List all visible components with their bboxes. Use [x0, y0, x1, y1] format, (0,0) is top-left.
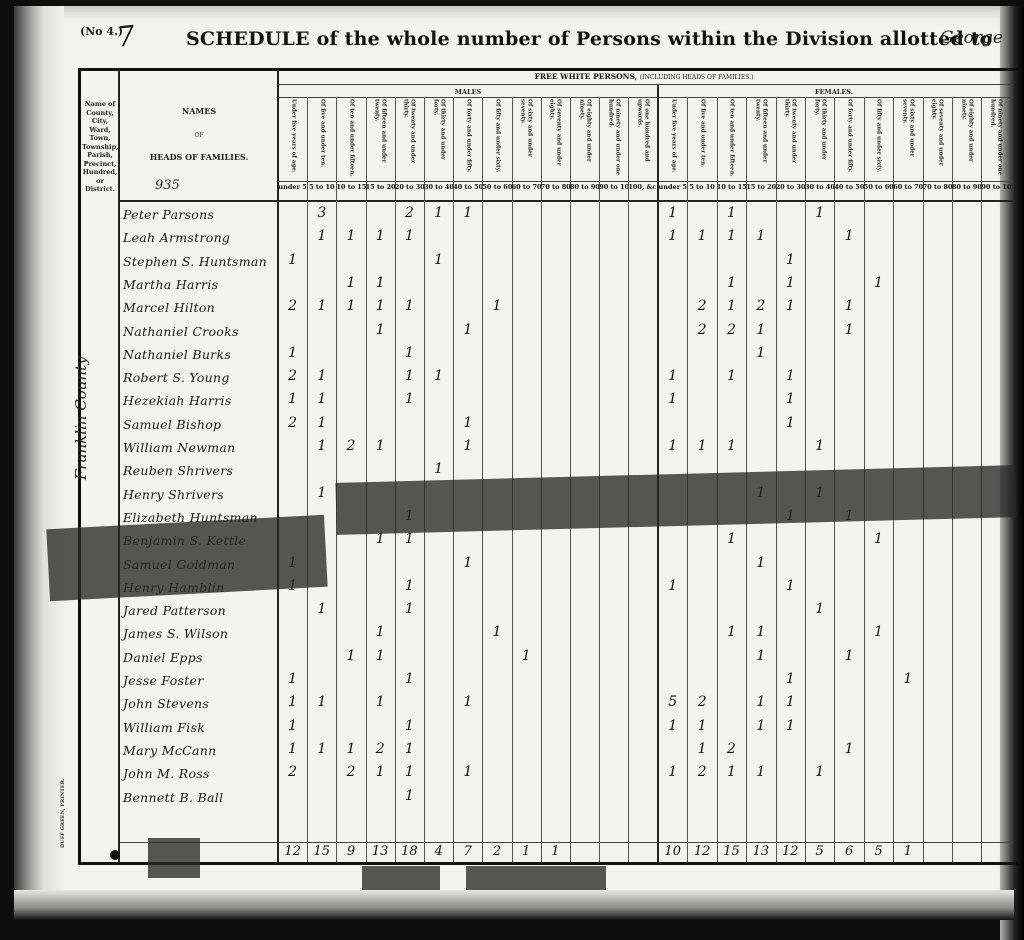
male-age-column-header: Of fifty and under sixty.	[482, 97, 511, 179]
male-count-cell: 1	[512, 648, 541, 664]
female-total: 12	[687, 844, 716, 859]
male-total: 1	[541, 844, 570, 859]
top-rule	[78, 68, 1018, 71]
age-column-description: Of twenty and under thirty.	[403, 99, 416, 177]
male-count-cell: 1	[366, 322, 395, 338]
male-count-cell: 1	[366, 228, 395, 244]
female-total: 1	[893, 844, 922, 859]
males-header: MALES	[278, 88, 658, 96]
head-of-family-name: William Fisk	[123, 720, 205, 735]
age-column-description: Of thirty and under forty.	[813, 99, 826, 177]
male-count-cell: 2	[278, 368, 307, 384]
female-count-cell: 1	[834, 228, 863, 244]
male-count-cell: 1	[424, 461, 453, 477]
male-count-cell: 1	[366, 298, 395, 314]
female-count-cell: 1	[776, 298, 805, 314]
age-column-description: Of sixty and under seventy.	[901, 99, 914, 177]
female-count-cell: 1	[717, 298, 746, 314]
female-age-column-header: Of ten and under fifteen.	[717, 97, 746, 179]
female-count-cell: 2	[687, 694, 716, 710]
female-count-cell: 5	[658, 694, 687, 710]
age-column-description: Of seventy and under eighty.	[549, 99, 562, 177]
male-count-cell: 1	[336, 741, 365, 757]
female-count-cell: 1	[717, 205, 746, 221]
male-count-cell: 1	[336, 648, 365, 664]
female-count-cell: 2	[746, 298, 775, 314]
smudge-bottom-2	[362, 866, 440, 890]
female-count-cell: 1	[658, 764, 687, 780]
male-count-cell: 1	[307, 228, 336, 244]
male-count-cell: 1	[395, 298, 424, 314]
female-count-cell: 1	[717, 368, 746, 384]
column-divider	[657, 84, 659, 862]
head-of-family-name: Leah Armstrong	[123, 230, 230, 245]
male-count-cell: 1	[307, 601, 336, 617]
age-column-description: Of forty and under fifty.	[465, 99, 472, 177]
male-age-column-header: Under five years of age.	[278, 97, 307, 179]
female-count-cell: 2	[687, 298, 716, 314]
female-age-range: 40 to 50	[834, 183, 863, 197]
female-count-cell: 1	[776, 694, 805, 710]
female-count-cell: 1	[776, 718, 805, 734]
head-of-family-name: Marcel Hilton	[123, 300, 215, 315]
head-of-family-name: Nathaniel Crooks	[123, 324, 239, 339]
male-count-cell: 1	[453, 694, 482, 710]
female-count-cell: 1	[687, 741, 716, 757]
male-count-cell: 1	[453, 205, 482, 221]
head-of-family-name: William Newman	[123, 440, 236, 455]
female-age-range: 30 to 40	[805, 183, 834, 197]
female-total: 5	[864, 844, 893, 859]
male-count-cell: 1	[366, 275, 395, 291]
male-count-cell: 1	[307, 694, 336, 710]
male-age-column-header: Of ten and under fifteen.	[336, 97, 365, 179]
female-count-cell: 1	[746, 345, 775, 361]
head-of-family-name: John M. Ross	[123, 766, 210, 781]
female-count-cell: 2	[687, 764, 716, 780]
female-count-cell: 1	[687, 438, 716, 454]
female-count-cell: 1	[864, 531, 893, 547]
female-count-cell: 1	[776, 368, 805, 384]
female-count-cell: 1	[776, 252, 805, 268]
female-count-cell: 1	[658, 718, 687, 734]
table-bottom-border	[78, 862, 1018, 865]
male-count-cell: 1	[453, 322, 482, 338]
female-age-column-header: Of twenty and under thirty.	[776, 97, 805, 179]
female-count-cell: 1	[658, 578, 687, 594]
age-column-description: Of ninety and under one hundred.	[607, 99, 620, 177]
age-column-description: Of twenty and under thirty.	[784, 99, 797, 177]
male-total: 18	[395, 844, 424, 859]
male-count-cell: 1	[278, 391, 307, 407]
age-column-description: Of seventy and under eighty.	[931, 99, 944, 177]
male-count-cell: 1	[307, 391, 336, 407]
male-count-cell: 1	[424, 368, 453, 384]
header-bottom-rule	[120, 200, 1013, 202]
head-of-family-name: James S. Wilson	[123, 626, 228, 641]
male-count-cell: 1	[307, 415, 336, 431]
female-count-cell: 1	[776, 578, 805, 594]
female-count-cell: 1	[717, 275, 746, 291]
female-total: 13	[746, 844, 775, 859]
male-count-cell: 1	[453, 438, 482, 454]
male-count-cell: 2	[278, 764, 307, 780]
male-count-cell: 3	[307, 205, 336, 221]
heads-of-families-header: HEADS OF FAMILIES.	[120, 152, 278, 162]
female-age-range: 60 to 70	[893, 183, 922, 197]
female-count-cell: 1	[658, 391, 687, 407]
male-count-cell: 1	[307, 485, 336, 501]
female-count-cell: 1	[834, 322, 863, 338]
age-column-description: Of ten and under fifteen.	[348, 99, 355, 177]
female-count-cell: 1	[805, 205, 834, 221]
female-age-column-header: Of forty and under fifty.	[834, 97, 863, 179]
female-age-column-header: Of fifteen and under twenty.	[746, 97, 775, 179]
male-age-column-header: Of sixty and under seventy.	[512, 97, 541, 179]
male-count-cell: 1	[278, 741, 307, 757]
male-age-column-header: Of ninety and under one hundred.	[599, 97, 628, 179]
male-age-range: 90 to 100	[599, 183, 628, 197]
male-count-cell: 1	[366, 648, 395, 664]
head-of-family-name: Martha Harris	[123, 277, 218, 292]
smudge-patch	[46, 515, 327, 601]
male-age-range: 5 to 10	[307, 183, 336, 197]
head-of-family-name: Daniel Epps	[123, 650, 203, 665]
male-count-cell: 1	[307, 741, 336, 757]
male-age-column-header: Of fifteen and under twenty.	[366, 97, 395, 179]
age-column-description: Of ten and under fifteen.	[728, 99, 735, 177]
head-of-family-name: Jared Patterson	[123, 603, 226, 618]
male-total: 7	[453, 844, 482, 859]
head-of-family-name: Bennett B. Ball	[123, 790, 223, 805]
female-count-cell: 1	[776, 671, 805, 687]
county-margin-label: Franklin County	[72, 356, 90, 480]
age-column-description: Of eighty and under ninety.	[578, 99, 591, 177]
head-of-family-name: Jesse Foster	[123, 673, 204, 688]
male-count-cell: 1	[424, 252, 453, 268]
male-count-cell: 1	[395, 741, 424, 757]
head-of-family-name: Reuben Shrivers	[123, 463, 233, 478]
page-mark: 7	[115, 19, 136, 54]
female-count-cell: 1	[746, 555, 775, 571]
male-age-range: 60 to 70	[512, 183, 541, 197]
male-count-cell: 1	[366, 694, 395, 710]
male-count-cell: 1	[366, 624, 395, 640]
female-total: 15	[717, 844, 746, 859]
free-white-persons-sub: (INCLUDING HEADS OF FAMILIES.)	[640, 74, 754, 81]
age-column-description: Under five years of age.	[669, 99, 676, 177]
female-count-cell: 1	[746, 648, 775, 664]
names-or: OF	[120, 132, 278, 139]
header-rule	[278, 181, 1013, 182]
printer-mark: DUFF GREEN, PRINTER.	[60, 778, 66, 848]
female-count-cell: 1	[893, 671, 922, 687]
female-total: 6	[834, 844, 863, 859]
age-column-description: Of five and under ten.	[699, 99, 706, 177]
female-total: 10	[658, 844, 687, 859]
female-age-range: 80 to 90	[952, 183, 981, 197]
female-age-column-header: Under five years of age.	[658, 97, 687, 179]
male-age-range: 40 to 50	[453, 183, 482, 197]
females-header: FEMALES.	[658, 88, 1010, 96]
male-count-cell: 1	[395, 578, 424, 594]
female-count-cell: 1	[776, 415, 805, 431]
female-count-cell: 1	[746, 764, 775, 780]
free-white-persons-label: FREE WHITE PERSONS,	[535, 72, 638, 81]
male-age-column-header: Of forty and under fifty.	[453, 97, 482, 179]
male-total: 9	[336, 844, 365, 859]
age-column-description: Of fifty and under sixty.	[494, 99, 501, 177]
female-total: 12	[776, 844, 805, 859]
head-of-family-name: Hezekiah Harris	[123, 393, 232, 408]
female-age-range: 50 to 60	[864, 183, 893, 197]
header-rule	[278, 84, 1013, 85]
age-column-description: Of fifteen and under twenty.	[754, 99, 767, 177]
male-count-cell: 2	[395, 205, 424, 221]
male-count-cell: 1	[395, 531, 424, 547]
male-count-cell: 1	[278, 671, 307, 687]
male-age-range: under 5	[278, 183, 307, 197]
age-column-description: Of sixty and under seventy.	[520, 99, 533, 177]
female-count-cell: 1	[746, 624, 775, 640]
female-count-cell: 1	[746, 694, 775, 710]
male-count-cell: 1	[278, 252, 307, 268]
male-count-cell: 1	[336, 298, 365, 314]
female-age-range: 20 to 30	[776, 183, 805, 197]
head-of-family-name: John Stevens	[123, 696, 209, 711]
male-count-cell: 1	[482, 624, 511, 640]
male-count-cell: 1	[395, 671, 424, 687]
totals-rule	[120, 842, 1013, 843]
head-of-family-name: Nathaniel Burks	[123, 347, 231, 362]
female-count-cell: 1	[658, 205, 687, 221]
female-age-range: 15 to 20	[746, 183, 775, 197]
female-count-cell: 2	[717, 741, 746, 757]
male-total: 4	[424, 844, 453, 859]
male-age-range: 10 to 15	[336, 183, 365, 197]
female-count-cell: 2	[687, 322, 716, 338]
age-column-description: Of thirty and under forty.	[432, 99, 445, 177]
male-count-cell: 2	[278, 415, 307, 431]
female-count-cell: 1	[717, 531, 746, 547]
female-count-cell: 1	[834, 648, 863, 664]
male-total: 2	[482, 844, 511, 859]
schedule-title: SCHEDULE of the whole number of Persons …	[186, 28, 993, 50]
female-count-cell: 1	[805, 438, 834, 454]
female-age-column-header: Of seventy and under eighty.	[923, 97, 952, 179]
male-age-column-header: Of twenty and under thirty.	[395, 97, 424, 179]
female-age-range: under 5	[658, 183, 687, 197]
female-count-cell: 1	[834, 298, 863, 314]
age-column-description: Of five and under ten.	[319, 99, 326, 177]
male-count-cell: 1	[307, 438, 336, 454]
page-binding-edge	[14, 6, 64, 906]
female-count-cell: 1	[805, 764, 834, 780]
male-age-range: 20 to 30	[395, 183, 424, 197]
male-count-cell: 2	[336, 764, 365, 780]
male-count-cell: 1	[453, 415, 482, 431]
female-age-column-header: Of sixty and under seventy.	[893, 97, 922, 179]
female-age-column-header: Of ninety and under one hundred.	[981, 97, 1010, 179]
ink-dot	[110, 850, 120, 860]
male-count-cell: 1	[395, 764, 424, 780]
male-count-cell: 1	[278, 345, 307, 361]
age-column-description: Of forty and under fifty.	[846, 99, 853, 177]
head-of-family-name: Robert S. Young	[123, 370, 230, 385]
female-age-range: 90 to 100	[981, 183, 1010, 197]
male-count-cell: 1	[395, 391, 424, 407]
female-count-cell: 1	[687, 718, 716, 734]
female-count-cell: 1	[717, 228, 746, 244]
head-of-family-name: Peter Parsons	[123, 207, 214, 222]
female-count-cell: 1	[717, 764, 746, 780]
male-count-cell: 2	[366, 741, 395, 757]
female-age-range: 70 to 80	[923, 183, 952, 197]
female-count-cell: 1	[746, 718, 775, 734]
male-count-cell: 1	[453, 555, 482, 571]
male-age-range: 100, &c.	[628, 183, 657, 197]
female-count-cell: 1	[776, 275, 805, 291]
female-count-cell: 2	[717, 322, 746, 338]
male-count-cell: 1	[453, 764, 482, 780]
female-count-cell: 1	[864, 624, 893, 640]
head-of-family-name: Stephen S. Huntsman	[123, 254, 267, 269]
female-count-cell: 1	[746, 322, 775, 338]
male-count-cell: 1	[482, 298, 511, 314]
male-age-range: 70 to 80	[541, 183, 570, 197]
head-of-family-name: Mary McCann	[123, 743, 216, 758]
female-age-column-header: Of thirty and under forty.	[805, 97, 834, 179]
female-age-column-header: Of five and under ten.	[687, 97, 716, 179]
male-count-cell: 2	[278, 298, 307, 314]
male-count-cell: 1	[307, 368, 336, 384]
male-count-cell: 1	[395, 788, 424, 804]
female-age-column-header: Of fifty and under sixty.	[864, 97, 893, 179]
age-column-description: Under five years of age.	[289, 99, 296, 177]
female-count-cell: 1	[687, 228, 716, 244]
age-column-description: Of ninety and under one hundred.	[990, 99, 1003, 177]
female-count-cell: 1	[746, 228, 775, 244]
male-age-range: 30 to 40	[424, 183, 453, 197]
male-total: 12	[278, 844, 307, 859]
names-header: NAMES	[120, 106, 278, 116]
female-count-cell: 1	[658, 368, 687, 384]
male-count-cell: 1	[395, 718, 424, 734]
age-column-description: Of fifty and under sixty.	[875, 99, 882, 177]
male-count-cell: 1	[395, 228, 424, 244]
division-name: George	[940, 28, 1003, 48]
male-age-range: 15 to 20	[366, 183, 395, 197]
female-age-range: 10 to 15	[717, 183, 746, 197]
male-age-column-header: Of eighty and under ninety.	[570, 97, 599, 179]
male-age-column-header: Of seventy and under eighty.	[541, 97, 570, 179]
female-count-cell: 1	[805, 601, 834, 617]
female-count-cell: 1	[834, 741, 863, 757]
male-count-cell: 1	[395, 345, 424, 361]
head-of-family-name: Samuel Bishop	[123, 417, 221, 432]
female-age-range: 5 to 10	[687, 183, 716, 197]
age-column-description: Of eighty and under ninety.	[960, 99, 973, 177]
smudge-bottom-1	[148, 838, 200, 878]
handwritten-number: 935	[155, 178, 180, 193]
male-count-cell: 1	[307, 298, 336, 314]
male-count-cell: 1	[424, 205, 453, 221]
male-count-cell: 1	[336, 228, 365, 244]
male-count-cell: 1	[366, 764, 395, 780]
smudge-bottom-3	[466, 866, 606, 890]
male-count-cell: 2	[336, 438, 365, 454]
male-age-column-header: Of five and under ten.	[307, 97, 336, 179]
female-total: 5	[805, 844, 834, 859]
male-age-range: 50 to 60	[482, 183, 511, 197]
male-count-cell: 1	[395, 601, 424, 617]
female-age-column-header: Of eighty and under ninety.	[952, 97, 981, 179]
age-column-description: Of fifteen and under twenty.	[374, 99, 387, 177]
age-column-description: Of one hundred and upwards.	[636, 99, 649, 177]
column-divider	[118, 70, 120, 862]
male-total: 1	[512, 844, 541, 859]
male-count-cell: 1	[366, 438, 395, 454]
page-bottom-edge	[14, 890, 1014, 920]
female-count-cell: 1	[658, 228, 687, 244]
female-count-cell: 1	[658, 438, 687, 454]
male-total: 13	[366, 844, 395, 859]
head-of-family-name: Henry Shrivers	[123, 487, 224, 502]
female-count-cell: 1	[717, 624, 746, 640]
male-count-cell: 1	[278, 694, 307, 710]
female-count-cell: 1	[776, 391, 805, 407]
male-count-cell: 1	[278, 718, 307, 734]
female-count-cell: 1	[717, 438, 746, 454]
female-count-cell: 1	[864, 275, 893, 291]
free-white-persons-header: FREE WHITE PERSONS, (INCLUDING HEADS OF …	[278, 72, 1010, 81]
male-total: 15	[307, 844, 336, 859]
male-count-cell: 1	[336, 275, 365, 291]
county-column-header: Name of County, City, Ward, Town, Townsh…	[82, 100, 118, 194]
male-count-cell: 1	[395, 368, 424, 384]
male-age-column-header: Of thirty and under forty.	[424, 97, 453, 179]
male-age-range: 80 to 90	[570, 183, 599, 197]
male-age-column-header: Of one hundred and upwards.	[628, 97, 657, 179]
